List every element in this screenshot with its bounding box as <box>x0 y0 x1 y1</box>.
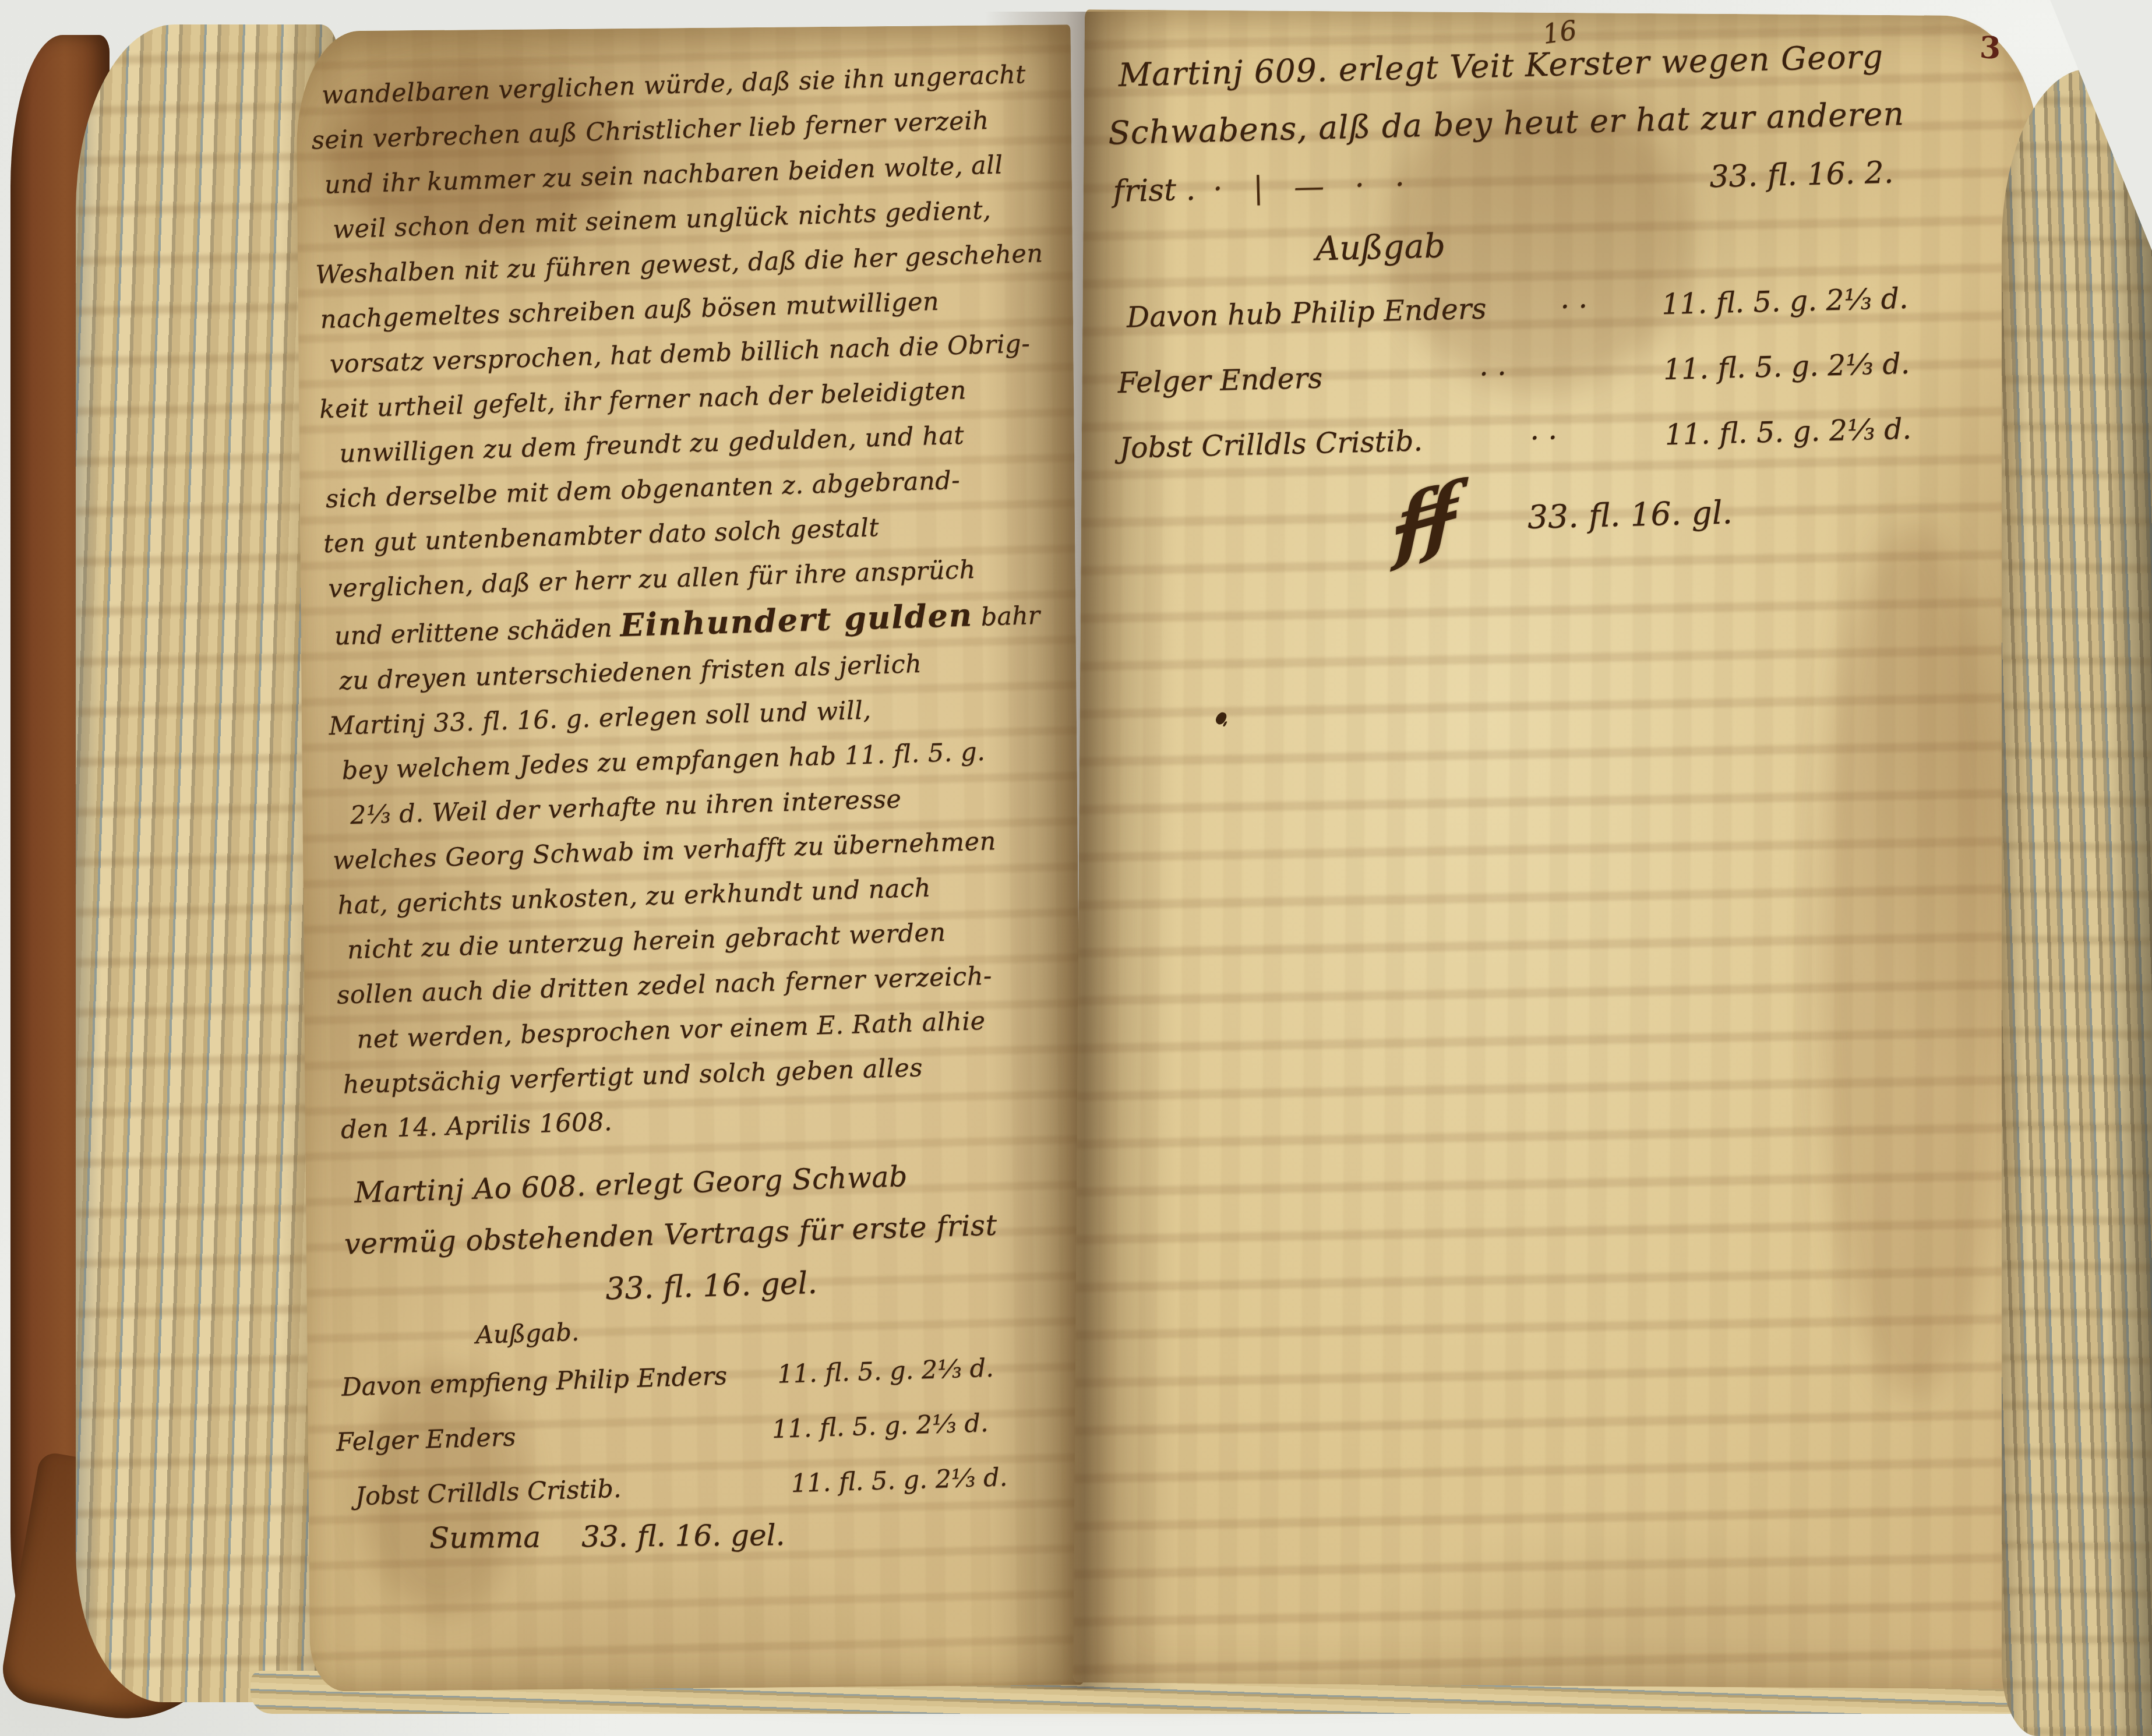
left-disbursement-list: Davon empfieng Philip Enders 11. fl. 5. … <box>351 1340 1008 1524</box>
summa-label: Summa <box>429 1520 541 1555</box>
entry-amount: 11. fl. 5. g. 2⅓ d. <box>771 1396 989 1457</box>
entry-amount: 11. fl. 5. g. 2⅓ d. <box>1663 331 1911 403</box>
ink-stain <box>1818 524 2010 1398</box>
leader-dots: · · <box>1529 405 1558 471</box>
recipient-name: Felger Enders <box>1117 345 1323 416</box>
left-paragraph-1b: zu dreyen unterschiedenen fristen als je… <box>330 638 1041 1152</box>
right-disbursement-list: Davon hub Philip Enders · · 11. fl. 5. g… <box>1116 266 1913 481</box>
page-number: 3 <box>1979 30 2001 66</box>
right-header: Martinj 609. erlegt Veit Kerster wegen G… <box>1110 26 1968 162</box>
recipient-name: Jobst Crilldls Cristib. <box>354 1462 622 1525</box>
frist-amount: 33. fl. 16. 2. <box>1709 146 1894 203</box>
einhundert-gulden-phrase: Einhundert gulden <box>619 596 973 644</box>
left-summa-row: Summa 33. fl. 16. gel. <box>429 1516 1053 1555</box>
entry-amount: 11. fl. 5. g. 2⅓ d. <box>777 1341 994 1402</box>
ausgab-heading-right: Außgab <box>1315 210 1971 272</box>
recipient-name: Jobst Crilldls Cristib. <box>1119 408 1423 481</box>
recipient-name: Felger Enders <box>336 1410 517 1470</box>
summa-amount: 33. fl. 16. gel. <box>581 1518 785 1554</box>
folio-number: 16 <box>1541 14 1579 50</box>
line-suffix: bahr <box>972 601 1040 632</box>
leader-dashes: · | — · · <box>1212 151 1693 216</box>
entry-amount: 11. fl. 5. g. 2⅓ d. <box>791 1450 1008 1511</box>
left-paragraph-1a: wandelbaren verglichen würde, daß sie ih… <box>313 53 1025 612</box>
page-edge-stack-right <box>2002 69 2152 1736</box>
right-page-text: Martinj 609. erlegt Veit Kerster wegen G… <box>1110 26 1978 553</box>
left-page-text: wandelbaren verglichen würde, daß sie ih… <box>313 53 1053 1564</box>
leader-dots: · · <box>1479 341 1507 407</box>
leader-dots: · · <box>1560 274 1588 340</box>
recipient-name: Davon hub Philip Enders <box>1126 276 1487 350</box>
line-prefix: und erlittene schäden <box>334 613 620 651</box>
entry-amount: 11. fl. 5. g. 2⅓ d. <box>1661 266 1909 337</box>
entry-amount: 11. fl. 5. g. 2⅓ d. <box>1664 397 1912 468</box>
paraph-mark: ff <box>1395 484 1458 555</box>
photo-backdrop: wandelbaren verglichen würde, daß sie ih… <box>0 0 2152 1736</box>
summa-amount: 33. fl. 16. gl. <box>1527 493 1733 536</box>
left-paragraph-2: Martinj Ao 608. erlegt Georg Schwabvermü… <box>345 1147 1045 1270</box>
frist-label: frist . <box>1113 164 1197 218</box>
